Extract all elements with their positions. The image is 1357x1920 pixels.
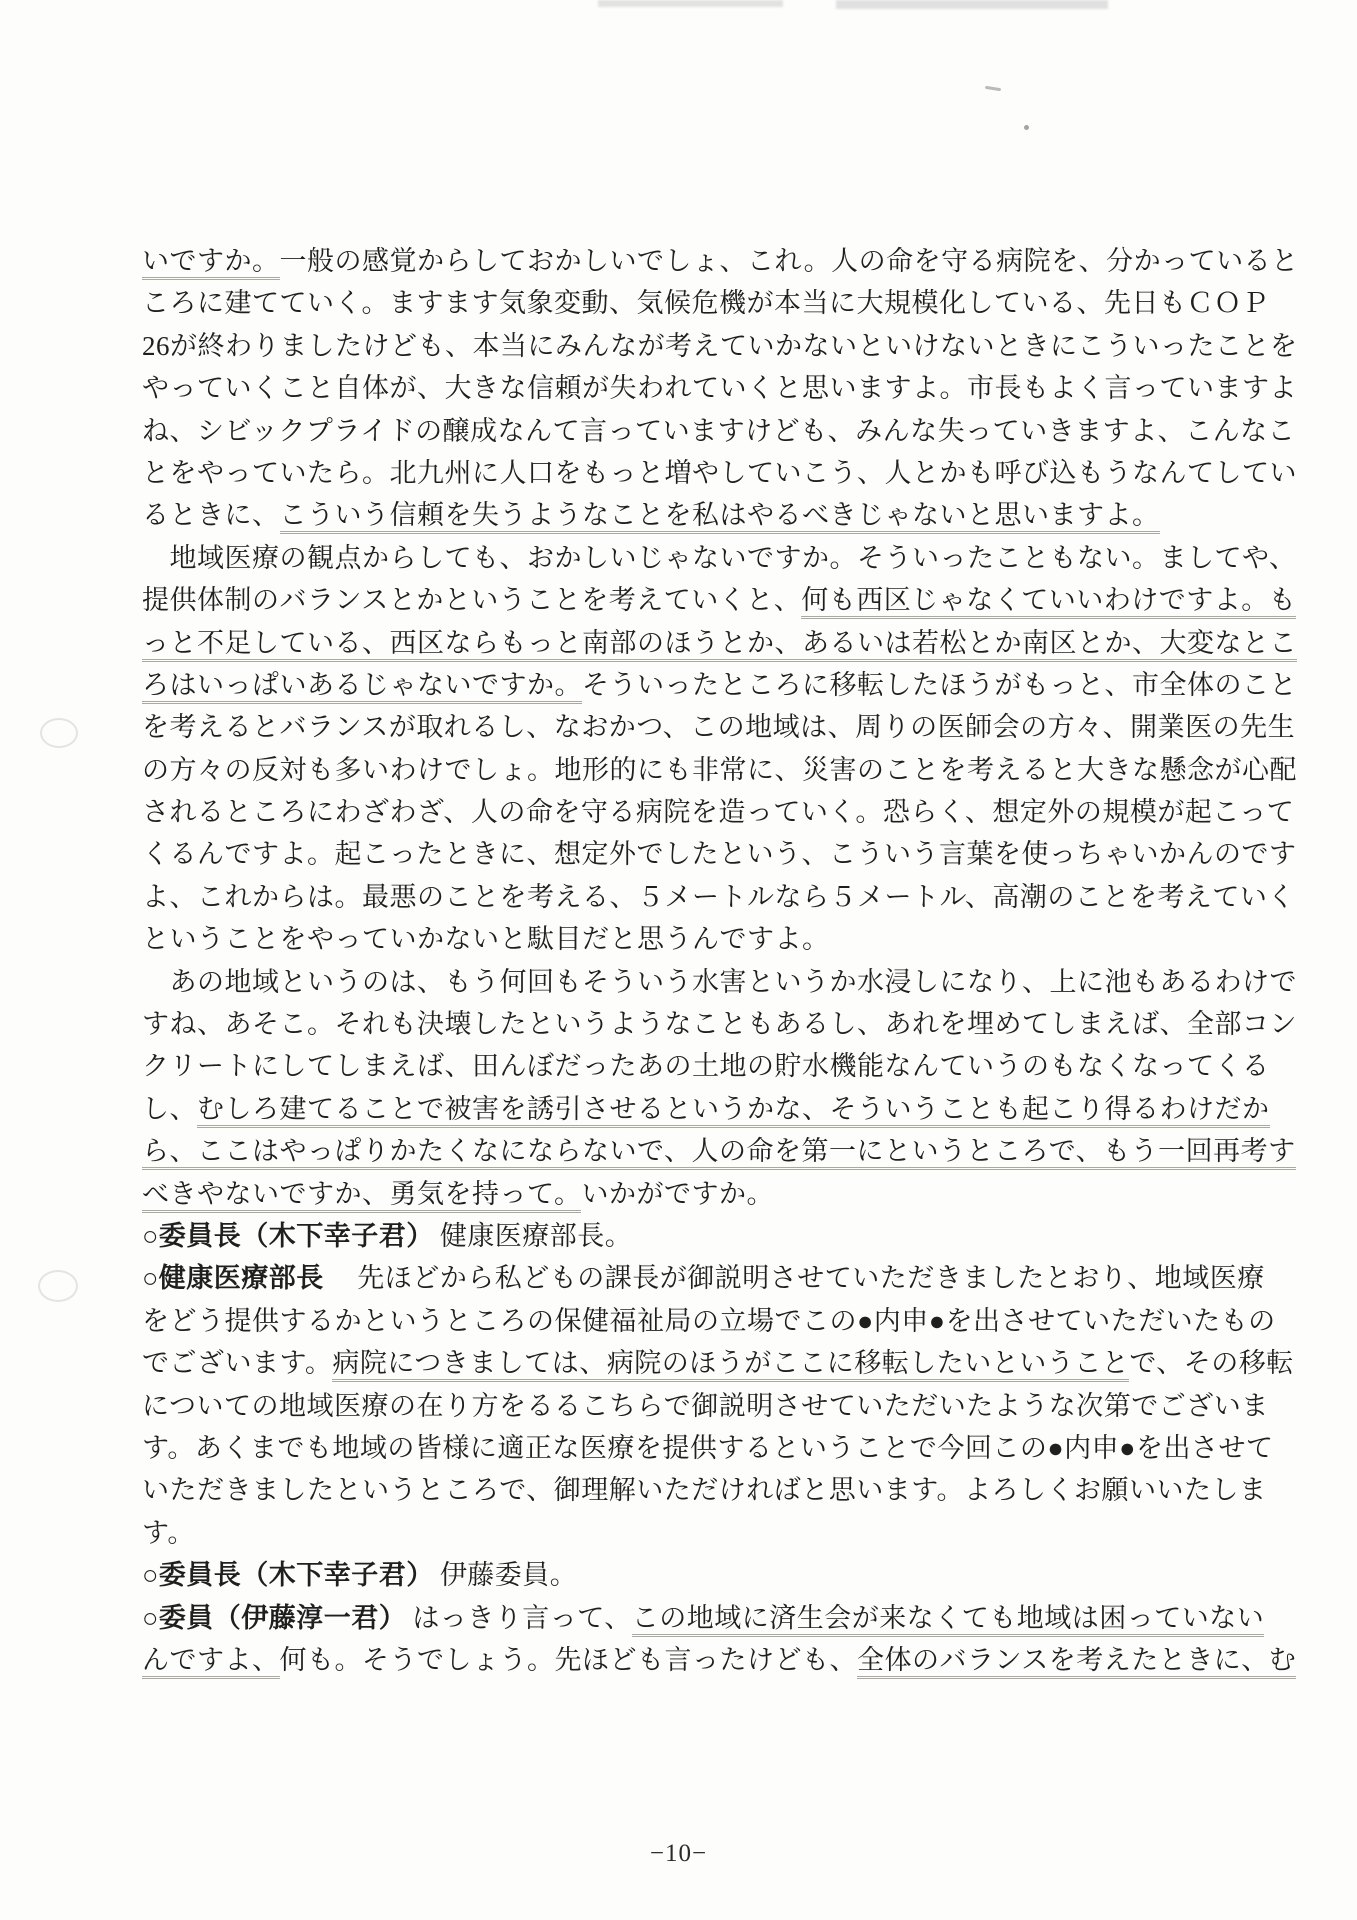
underlined-text: そういうことも起こり得るわけだか	[830, 1094, 1270, 1128]
text-segment: 何も。そうでしょう。先ほども言ったけども、	[280, 1645, 858, 1675]
text-segment: 地域医療の観点からしても、おかしいじゃないですか。そういったこともない。ましてや…	[142, 543, 1296, 573]
text-line: くるんですよ。起こったときに、想定外でしたという、こういう言葉を使っちゃいかんの…	[142, 833, 1187, 875]
text-segment: す。あくまでも地域の皆様に適正な医療を提供するということで今回この●内申●を出さ…	[142, 1433, 1273, 1463]
text-segment: 一般の感覚からしておかしいでしょ、これ。人の命を守る病院を、分かっていると	[280, 246, 1299, 276]
text-line: ○委員（伊藤淳一君）はっきり言って、この地域に済生会が来なくても地域は困っていな…	[142, 1597, 1187, 1639]
text-line: ということをやっていかないと駄目だと思うんですよ。	[142, 918, 1187, 960]
text-line: 提供体制のバランスとかということを考えていくと、何も西区じゃなくていいわけですよ…	[142, 579, 1187, 621]
text-line: ら、ここはやっぱりかたくなにならないで、人の命を第一にというところで、もう一回再…	[142, 1130, 1187, 1172]
scan-smudge-top-left	[598, 0, 783, 7]
text-segment: ということをやっていかないと駄目だと思うんですよ。	[142, 924, 830, 954]
text-segment: るときに、	[142, 500, 280, 530]
text-segment: の方々の反対も多いわけでしょ。地形的にも非常に、災害のことを考えると大きな懸念が…	[142, 755, 1297, 785]
underlined-text: むしろ建てることで被害を誘引させるというかな、	[197, 1094, 830, 1128]
text-line: ○委員長（木下幸子君）健康医療部長。	[142, 1215, 1187, 1257]
text-line: いですか。一般の感覚からしておかしいでしょ、これ。人の命を守る病院を、分かってい…	[142, 240, 1187, 282]
text-segment: されるところにわざわざ、人の命を守る病院を造っていく。恐らく、想定外の規模が起こ…	[142, 797, 1294, 827]
text-line: の方々の反対も多いわけでしょ。地形的にも非常に、災害のことを考えると大きな懸念が…	[142, 749, 1187, 791]
speaker-label: ○委員（伊藤淳一君）	[142, 1603, 406, 1633]
text-segment: とをやっていたら。北九州に人口をもっと増やしていこう、人とかも呼び込もうなんてし…	[142, 458, 1297, 488]
underlined-text: んですよ、	[142, 1645, 280, 1679]
text-segment: で、その移転	[1129, 1348, 1293, 1378]
text-line: ○健康医療部長 先ほどから私どもの課長が御説明させていただきましたとおり、地域医…	[142, 1257, 1187, 1299]
text-line: るときに、こういう信頼を失うようなことを私はやるべきじゃないと思いますよ。	[142, 494, 1187, 536]
text-segment: についての地域医療の在り方をるるこちらで御説明させていただいたような次第でござい…	[142, 1391, 1269, 1421]
text-segment: いただきましたというところで、御理解いただければと思います。よろしくお願いいたし…	[142, 1475, 1267, 1505]
text-segment: 26が終わりましたけども、本当にみんなが考えていかないといけないときにこういった…	[142, 331, 1298, 361]
scan-mark-dot	[1024, 125, 1029, 130]
underlined-text: 病院につきましては、	[332, 1348, 606, 1382]
text-line: とをやっていたら。北九州に人口をもっと増やしていこう、人とかも呼び込もうなんてし…	[142, 452, 1187, 494]
text-line: よ、これからは。最悪のことを考える、５メートルなら５メートル、高潮のことを考えて…	[142, 876, 1187, 918]
text-segment: をどう提供するかというところの保健福祉局の立場でこの●内申●を出させていただいた…	[142, 1306, 1276, 1336]
text-line: 26が終わりましたけども、本当にみんなが考えていかないといけないときにこういった…	[142, 325, 1187, 367]
text-line: し、むしろ建てることで被害を誘引させるというかな、そういうことも起こり得るわけだ…	[142, 1088, 1187, 1130]
text-segment: 健康医療部長。	[440, 1221, 633, 1251]
text-line: すね、あそこ。それも決壊したというようなこともあるし、あれを埋めてしまえば、全部…	[142, 1003, 1187, 1045]
text-line: をどう提供するかというところの保健福祉局の立場でこの●内申●を出させていただいた…	[142, 1300, 1187, 1342]
text-line: を考えるとバランスが取れるし、なおかつ、この地域は、周りの医師会の方々、開業医の…	[142, 706, 1187, 748]
text-line: やっていくこと自体が、大きな信頼が失われていくと思いますよ。市長もよく言っていま…	[142, 367, 1187, 409]
document-page: いですか。一般の感覚からしておかしいでしょ、これ。人の命を守る病院を、分かってい…	[0, 0, 1357, 1920]
text-line: クリートにしてしまえば、田んぼだったあの土地の貯水機能なんていうのもなくなってく…	[142, 1045, 1187, 1087]
text-segment: よ、これからは。最悪のことを考える、５メートルなら５メートル、高潮のことを考えて…	[142, 882, 1295, 912]
text-line: でございます。病院につきましては、病院のほうがここに移転したいということで、その…	[142, 1342, 1187, 1384]
text-segment: 先ほどから私どもの課長が御説明させていただきましたとおり、地域医療	[330, 1263, 1265, 1293]
text-line: べきやないですか、勇気を持って。いかがですか。	[142, 1173, 1187, 1215]
text-segment: 提供体制のバランスとかということを考えていくと、	[142, 585, 801, 615]
text-segment: あの地域というのは、もう何回もそういう水害というか水浸しになり、上に池もあるわけ…	[142, 967, 1297, 997]
text-line: 地域医療の観点からしても、おかしいじゃないですか。そういったこともない。ましてや…	[142, 537, 1187, 579]
text-line: んですよ、何も。そうでしょう。先ほども言ったけども、全体のバランスを考えたときに…	[142, 1639, 1187, 1681]
text-line: についての地域医療の在り方をるるこちらで御説明させていただいたような次第でござい…	[142, 1385, 1187, 1427]
text-line: あの地域というのは、もう何回もそういう水害というか水浸しになり、上に池もあるわけ…	[142, 961, 1187, 1003]
text-line: ね、シビックプライドの醸成なんて言っていますけども、みんな失っていきますよ、こん…	[142, 410, 1187, 452]
text-line: されるところにわざわざ、人の命を守る病院を造っていく。恐らく、想定外の規模が起こ…	[142, 791, 1187, 833]
text-line: ろはいっぱいあるじゃないですか。そういったところに移転したほうがもっと、市全体の…	[142, 664, 1187, 706]
scan-smudge-top-right	[836, 0, 1108, 9]
underlined-text: ろはいっぱいあるじゃないですか。	[142, 670, 582, 704]
text-segment: し、	[142, 1094, 197, 1124]
text-line: ころに建てていく。ますます気象変動、気候危機が本当に大規模化している、先日もＣＯ…	[142, 282, 1187, 324]
text-segment: すね、あそこ。それも決壊したというようなこともあるし、あれを埋めてしまえば、全部…	[142, 1009, 1297, 1039]
underlined-text: この地域に済生会が来なくても地域は困っていない	[632, 1603, 1265, 1637]
text-segment: クリートにしてしまえば、田んぼだったあの土地の貯水機能なんていうのもなくなってく…	[142, 1051, 1270, 1081]
text-segment: やっていくこと自体が、大きな信頼が失われていくと思いますよ。市長もよく言っていま…	[142, 373, 1297, 403]
underlined-text: こういう信頼を失うようなことを私はやるべきじゃないと思いますよ。	[280, 500, 1160, 534]
page-number: −10−	[0, 1840, 1357, 1868]
binder-hole-artifact-upper	[40, 718, 78, 748]
text-segment: す。	[142, 1518, 195, 1548]
underlined-text: 全体のバランスを考えたときに、む	[857, 1645, 1296, 1679]
text-segment: くるんですよ。起こったときに、想定外でしたという、こういう言葉を使っちゃいかんの…	[142, 839, 1296, 869]
text-line: す。あくまでも地域の皆様に適正な医療を提供するということで今回この●内申●を出さ…	[142, 1427, 1187, 1469]
underlined-text: ら、	[142, 1136, 197, 1170]
text-line: す。	[142, 1512, 1187, 1554]
scan-mark-dash	[985, 86, 1001, 91]
text-line: ○委員長（木下幸子君）伊藤委員。	[142, 1554, 1187, 1596]
underlined-text: あるいは若松とか南区とか、大変なとこ	[802, 628, 1297, 662]
binder-hole-artifact-lower	[38, 1270, 78, 1302]
underlined-text: べきやないですか、勇気を持って。	[142, 1179, 581, 1213]
text-segment: そういったところに移転したほうがもっと、市全体のこと	[582, 670, 1297, 700]
underlined-text: もう一回再考す	[1103, 1136, 1296, 1170]
underlined-text: っと不足している、	[142, 628, 390, 662]
text-segment: ね、シビックプライドの醸成なんて言っていますけども、みんな失っていきますよ、こん…	[142, 416, 1295, 446]
text-segment: ころに建てていく。ますます気象変動、気候危機が本当に大規模化している、先日もＣＯ…	[142, 288, 1269, 318]
speaker-label: ○委員長（木下幸子君）	[142, 1560, 434, 1590]
document-text: いですか。一般の感覚からしておかしいでしょ、これ。人の命を守る病院を、分かってい…	[142, 240, 1187, 1681]
speaker-label: ○健康医療部長	[142, 1263, 324, 1293]
text-line: いただきましたというところで、御理解いただければと思います。よろしくお願いいたし…	[142, 1469, 1187, 1511]
underlined-text: 何も西区じゃなくていいわけですよ。も	[801, 585, 1296, 619]
underlined-text: 西区ならもっと南部のほうとか、	[390, 628, 803, 662]
text-segment: 伊藤委員。	[440, 1560, 578, 1590]
underlined-text: いですか。	[142, 246, 280, 280]
underlined-text: ここはやっぱりかたくなにならないで、人の命を第一にというところで、	[197, 1136, 1103, 1170]
underlined-text: 病院のほうがここに移転したいということ	[607, 1348, 1130, 1382]
text-line: っと不足している、西区ならもっと南部のほうとか、あるいは若松とか南区とか、大変な…	[142, 622, 1187, 664]
speaker-label: ○委員長（木下幸子君）	[142, 1221, 434, 1251]
text-segment: はっきり言って、	[412, 1603, 631, 1633]
text-segment: でございます。	[142, 1348, 332, 1378]
text-segment: いかがですか。	[581, 1179, 774, 1209]
text-segment: を考えるとバランスが取れるし、なおかつ、この地域は、周りの医師会の方々、開業医の…	[142, 712, 1295, 742]
